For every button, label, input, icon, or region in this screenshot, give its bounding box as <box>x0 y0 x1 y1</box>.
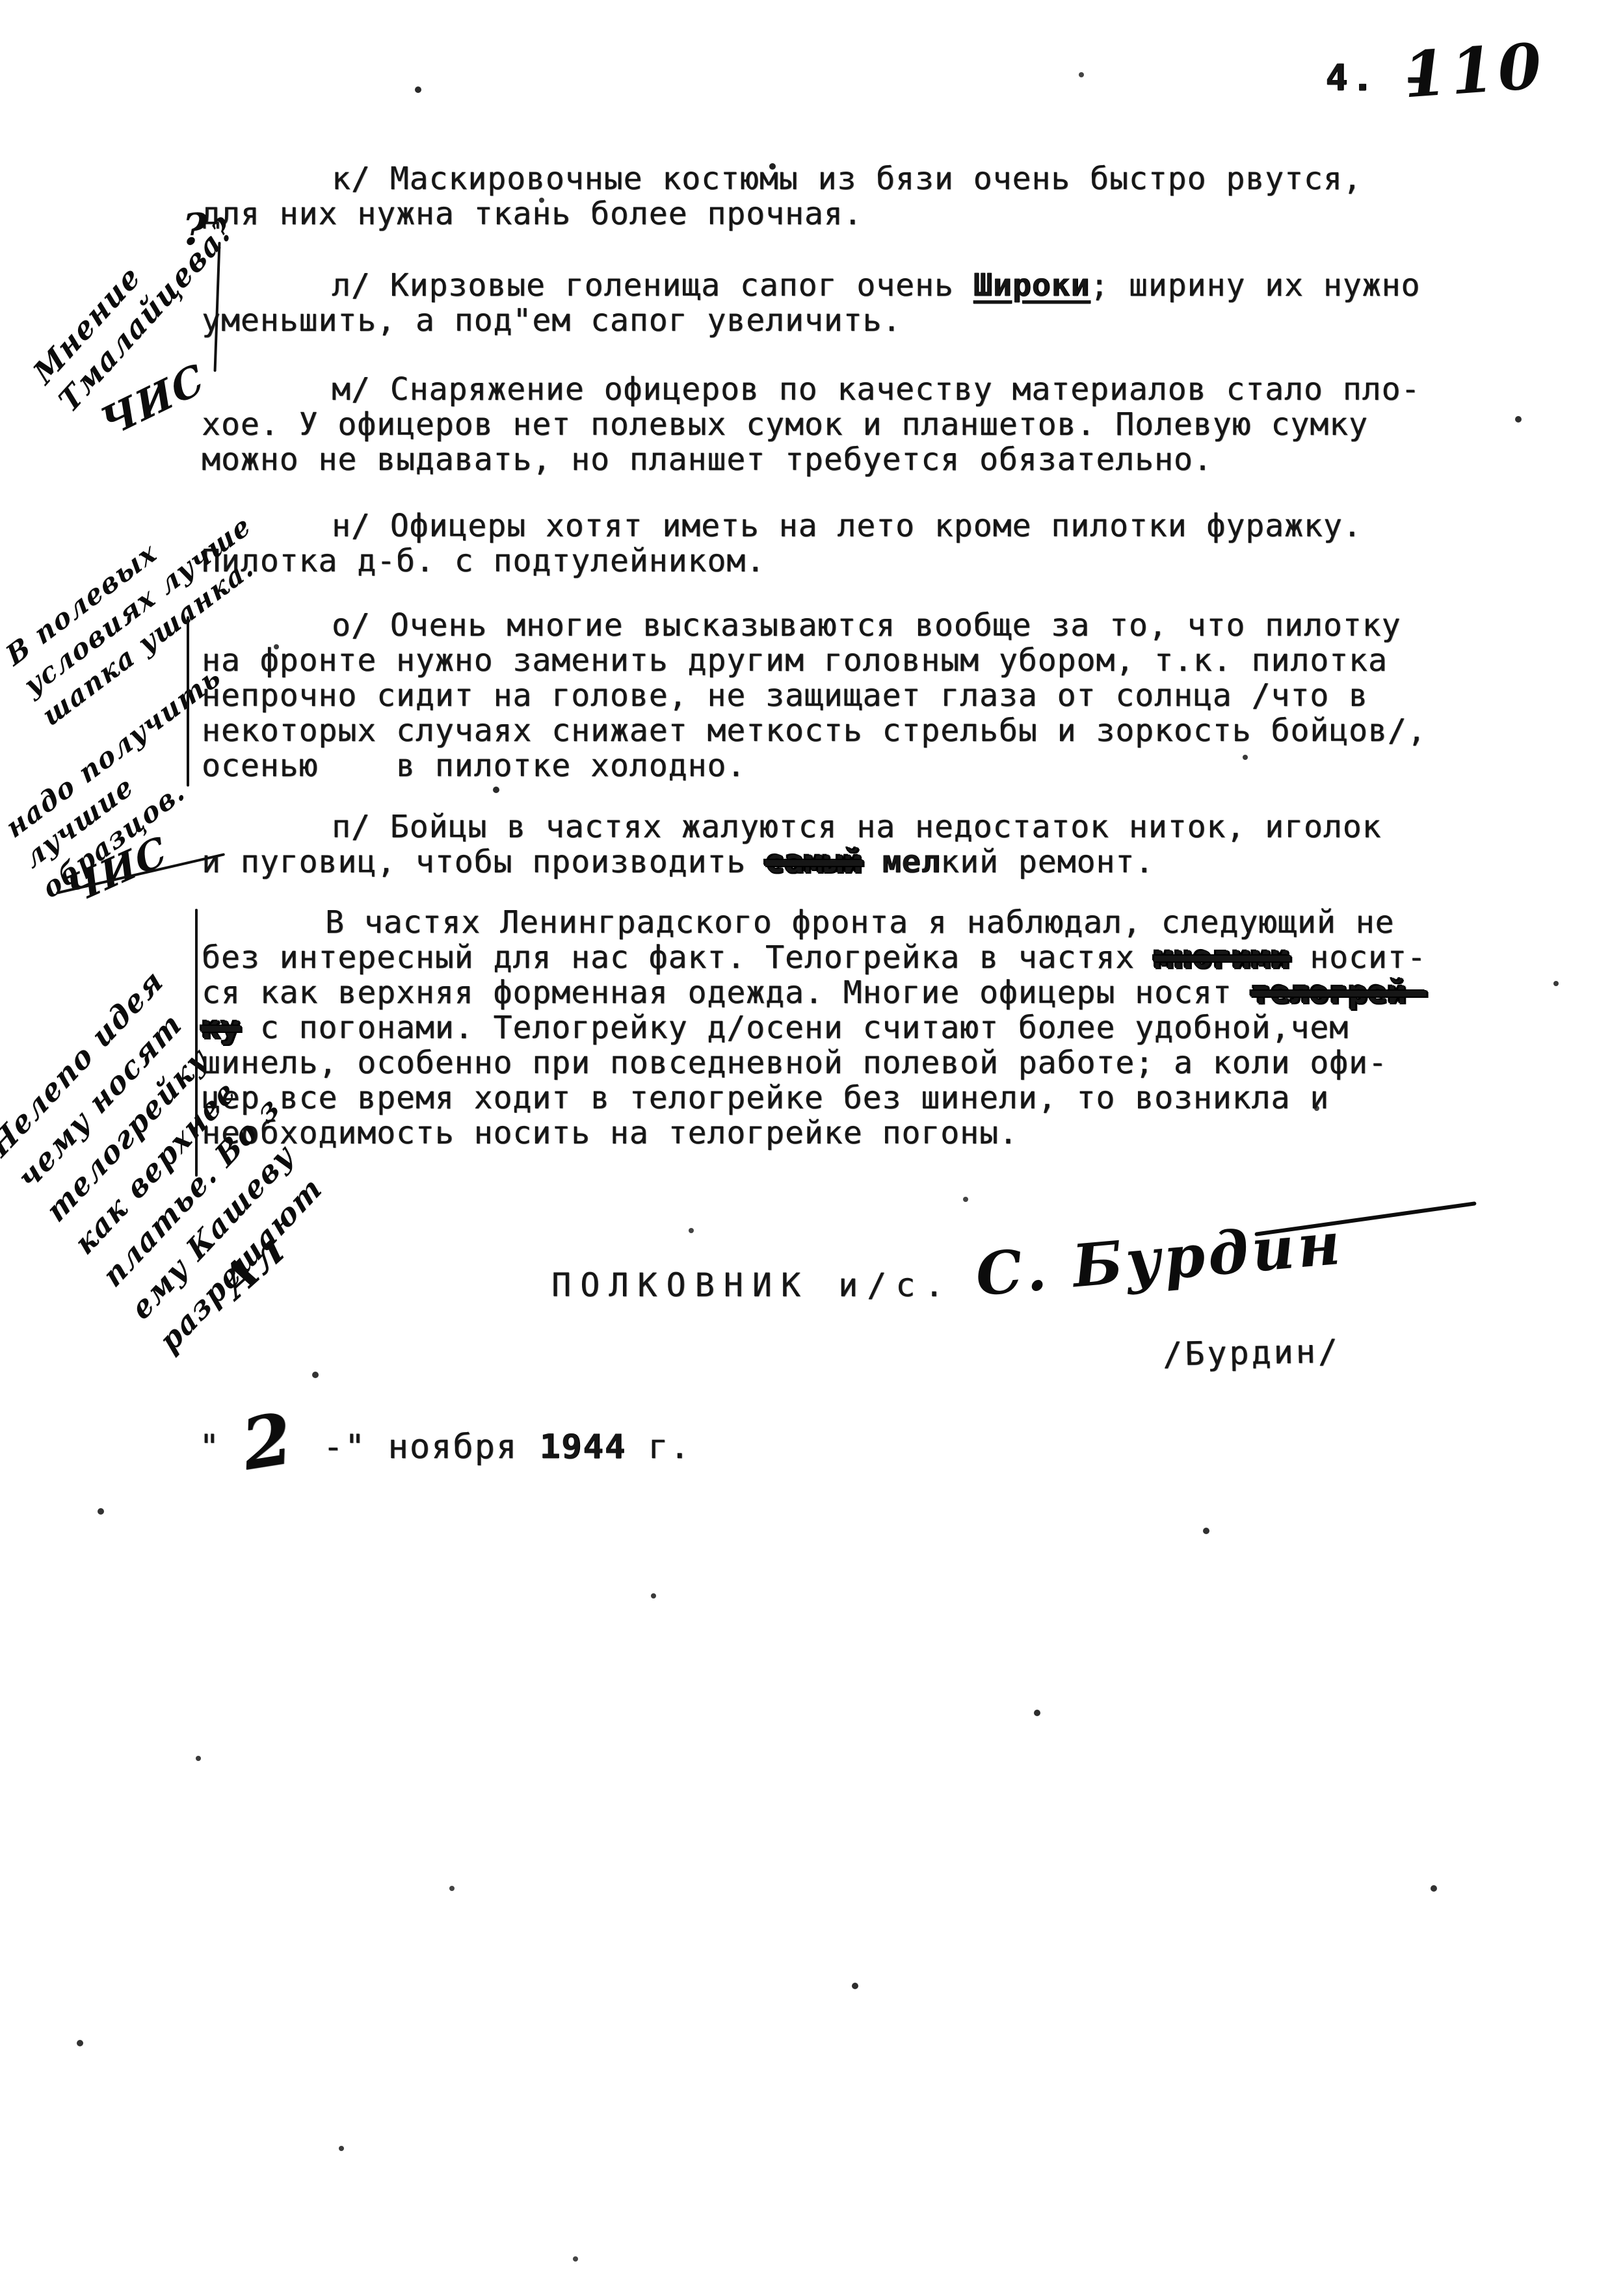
paragraph-m-line: хое. У офицеров нет полевых сумок и план… <box>202 407 1420 442</box>
paragraph-final-line: шинель, особенно при повседневной полево… <box>202 1045 1427 1080</box>
paragraph-m: м/ Снаряжение офицеров по качеству матер… <box>202 372 1420 477</box>
paragraph-o-line: осенью в пилотке холодно. <box>202 748 1427 783</box>
margin-pen-line-middle <box>187 616 189 787</box>
paragraph-final-line: ку с погонами. Телогрейку д/осени считаю… <box>202 1010 1427 1045</box>
date-open-quote: " <box>199 1428 220 1467</box>
paragraph-o-line: на фронте нужно заменить другим головным… <box>202 643 1427 678</box>
paragraph-p: п/ Бойцы в частях жалуются на недостаток… <box>202 809 1382 880</box>
paragraph-final-line: необходимость носить на телогрейке погон… <box>202 1115 1427 1151</box>
date-mid: -" ноября <box>323 1428 539 1467</box>
paragraph-l-line: уменьшить, а под"ем сапог увеличить. <box>202 303 1420 338</box>
paragraph-o-line: некоторых случаях снижает меткость стрел… <box>202 713 1427 748</box>
paragraph-n-line: н/ Офицеры хотят иметь на лето кроме пил… <box>202 508 1362 543</box>
page-number-handwritten: 110 <box>1401 29 1548 112</box>
paragraph-final-line: В частях Ленинградского фронта я наблюда… <box>202 905 1427 940</box>
paragraph-k: к/ Маскировочные костюмы из бязи очень б… <box>202 161 1362 231</box>
paragraph-m-line: можно не выдавать, но планшет требуется … <box>202 442 1420 477</box>
paragraph-o: о/ Очень многие высказываются вообще за … <box>202 608 1427 783</box>
date-year: 1944 <box>540 1428 626 1467</box>
paragraph-l: л/ Кирзовые голенища сапог очень Широки;… <box>202 268 1420 338</box>
paragraph-o-line: о/ Очень многие высказываются вообще за … <box>202 608 1427 643</box>
scanned-document-page: 4. - 110 к/ Маскировочные костюмы из бяз… <box>0 0 1610 2296</box>
paragraph-final-line: цер все время ходит в телогрейке без шин… <box>202 1080 1427 1115</box>
paragraph-o-line: непрочно сидит на голове, не защищает гл… <box>202 678 1427 713</box>
handwritten-signature: С. Бурдин <box>973 1209 1346 1310</box>
paragraph-k-line: к/ Маскировочные костюмы из бязи очень б… <box>202 161 1362 196</box>
date-line: "2-" ноября 1944 г. <box>199 1428 691 1467</box>
paragraph-l-line: л/ Кирзовые голенища сапог очень Широки;… <box>202 268 1420 303</box>
paragraph-final-line: без интересный для нас факт. Телогрейка … <box>202 940 1427 975</box>
signer-name-typed: /Бурдин/ <box>1163 1333 1341 1374</box>
paragraph-k-line: для них нужна ткань более прочная. <box>202 196 1362 231</box>
paragraph-n-line: Пилотка д-б. с подтулейником. <box>202 543 1362 579</box>
date-suffix: г. <box>626 1428 691 1467</box>
paragraph-final-line: ся как верхняя форменная одежда. Многие … <box>202 975 1427 1010</box>
paragraph-p-line: и пуговиц, чтобы производить самый мелки… <box>202 844 1382 880</box>
paper-speckles <box>0 0 4 4</box>
paragraph-n: н/ Офицеры хотят иметь на лето кроме пил… <box>202 508 1362 579</box>
rank-line: ПОЛКОВНИК и/с. <box>551 1266 953 1304</box>
margin-pen-line-bottom <box>195 909 198 1177</box>
paragraph-final: В частях Ленинградского фронта я наблюда… <box>202 905 1427 1151</box>
handwritten-day: 2 <box>243 1438 293 1446</box>
paragraph-m-line: м/ Снаряжение офицеров по качеству матер… <box>202 372 1420 407</box>
margin-question-mark: ? <box>182 204 207 255</box>
paragraph-p-line: п/ Бойцы в частях жалуются на недостаток… <box>202 809 1382 844</box>
